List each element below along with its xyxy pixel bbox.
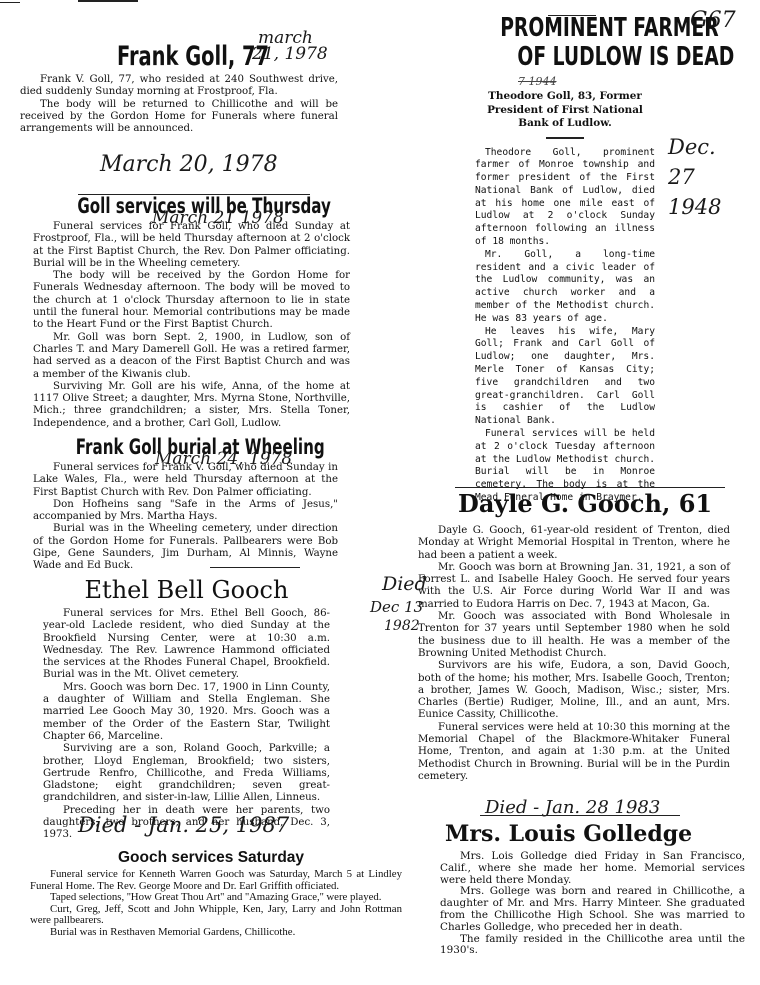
- paragraph: Funeral service for Kenneth Warren Gooch…: [30, 869, 402, 892]
- scan-artifact-line: [0, 2, 20, 3]
- handwritten-date: Dec. 27 1948: [668, 132, 738, 222]
- article-louis-golledge: Mrs. Louis Golledge Mrs. Lois Golledge d…: [440, 819, 745, 957]
- paragraph: Mrs. Gooch was born Dec. 17, 1900 in Lin…: [43, 682, 330, 743]
- paragraph: Mrs. Gollege was born and reared in Chil…: [440, 886, 745, 933]
- paragraph: Don Hofheins sang "Safe in the Arms of J…: [33, 499, 338, 524]
- paragraph: Surviving Mr. Goll are his wife, Anna, o…: [33, 381, 350, 430]
- paragraph: Dayle G. Gooch, 61-year-old resident of …: [418, 525, 730, 562]
- headline: Dayle G. Gooch, 61: [458, 487, 730, 521]
- divider: [480, 815, 680, 816]
- headline: Mrs. Louis Golledge: [445, 819, 745, 849]
- struck-date: 7 1944: [518, 75, 557, 88]
- article-ethel-bell-gooch: Ethel Bell Gooch Funeral services for Mr…: [43, 575, 330, 842]
- headline: Gooch services Saturday: [20, 847, 402, 869]
- divider: [210, 567, 300, 568]
- headline: Ethel Bell Gooch: [43, 575, 330, 605]
- paragraph: The family resided in the Chillicothe ar…: [440, 934, 745, 958]
- paragraph: Theodore Goll, prominent farmer of Monro…: [475, 147, 655, 249]
- paragraph: Burial was in the Wheeling cemetery, und…: [33, 523, 338, 572]
- paragraph: Mr. Gooch was associated with Bond Whole…: [418, 611, 730, 660]
- handwritten-date: Died - Jan. 25, 1987: [78, 813, 289, 837]
- handwritten-date: 1982: [384, 618, 420, 634]
- paragraph: Mr. Goll, a long-time resident and a civ…: [475, 249, 655, 326]
- paragraph: Surviving are a son, Roland Gooch, Parkv…: [43, 743, 330, 804]
- divider: [546, 137, 584, 139]
- paragraph: Funeral services were held at 10:30 this…: [418, 722, 730, 783]
- paragraph: Funeral services for Frank Goll, who die…: [33, 221, 350, 270]
- handwritten-date: March 20, 1978: [100, 152, 278, 177]
- handwritten-date: Dec 13: [370, 598, 423, 616]
- article-dayle-g-gooch: Dayle G. Gooch, 61 Dayle G. Gooch, 61-ye…: [418, 487, 730, 783]
- paragraph: Mr. Goll was born Sept. 2, 1900, in Ludl…: [33, 332, 350, 381]
- paragraph: The body will be returned to Chillicothe…: [20, 99, 338, 136]
- paragraph: Burial was in Resthaven Memorial Gardens…: [30, 927, 402, 939]
- paragraph: Mrs. Lois Golledge died Friday in San Fr…: [440, 851, 745, 886]
- paragraph: Curt, Greg, Jeff, Scott and John Whipple…: [30, 904, 402, 927]
- handwritten-date: March 21 1978: [152, 208, 284, 228]
- article-gooch-services-saturday: Gooch services Saturday Funeral service …: [30, 847, 402, 939]
- article-prominent-farmer: PROMINENT FARMER OF LUDLOW IS DEAD Theod…: [475, 14, 655, 505]
- scan-artifact-line: [78, 0, 138, 2]
- paragraph: Funeral services for Mrs. Ethel Bell Goo…: [43, 608, 330, 682]
- article-goll-services-thursday: Goll services will be Thursday Funeral s…: [33, 193, 350, 430]
- paragraph: The body will be received by the Gordon …: [33, 270, 350, 331]
- handwritten-date: March 24, 1978: [155, 449, 292, 469]
- headline-line-2: OF LUDLOW IS DEAD: [517, 43, 632, 72]
- subhead: Theodore Goll, 83, Former President of F…: [475, 90, 655, 131]
- headline-line-1: PROMINENT FARMER: [500, 14, 630, 43]
- paragraph: Mr. Gooch was born at Browning Jan. 31, …: [418, 562, 730, 611]
- paragraph: Survivors are his wife, Eudora, a son, D…: [418, 660, 730, 721]
- paragraph: Frank V. Goll, 77, who resided at 240 So…: [20, 74, 338, 99]
- handwritten-date: 21, 1978: [252, 44, 328, 64]
- paragraph: He leaves his wife, Mary Goll; Frank and…: [475, 326, 655, 428]
- handwritten-date: Died: [382, 573, 427, 595]
